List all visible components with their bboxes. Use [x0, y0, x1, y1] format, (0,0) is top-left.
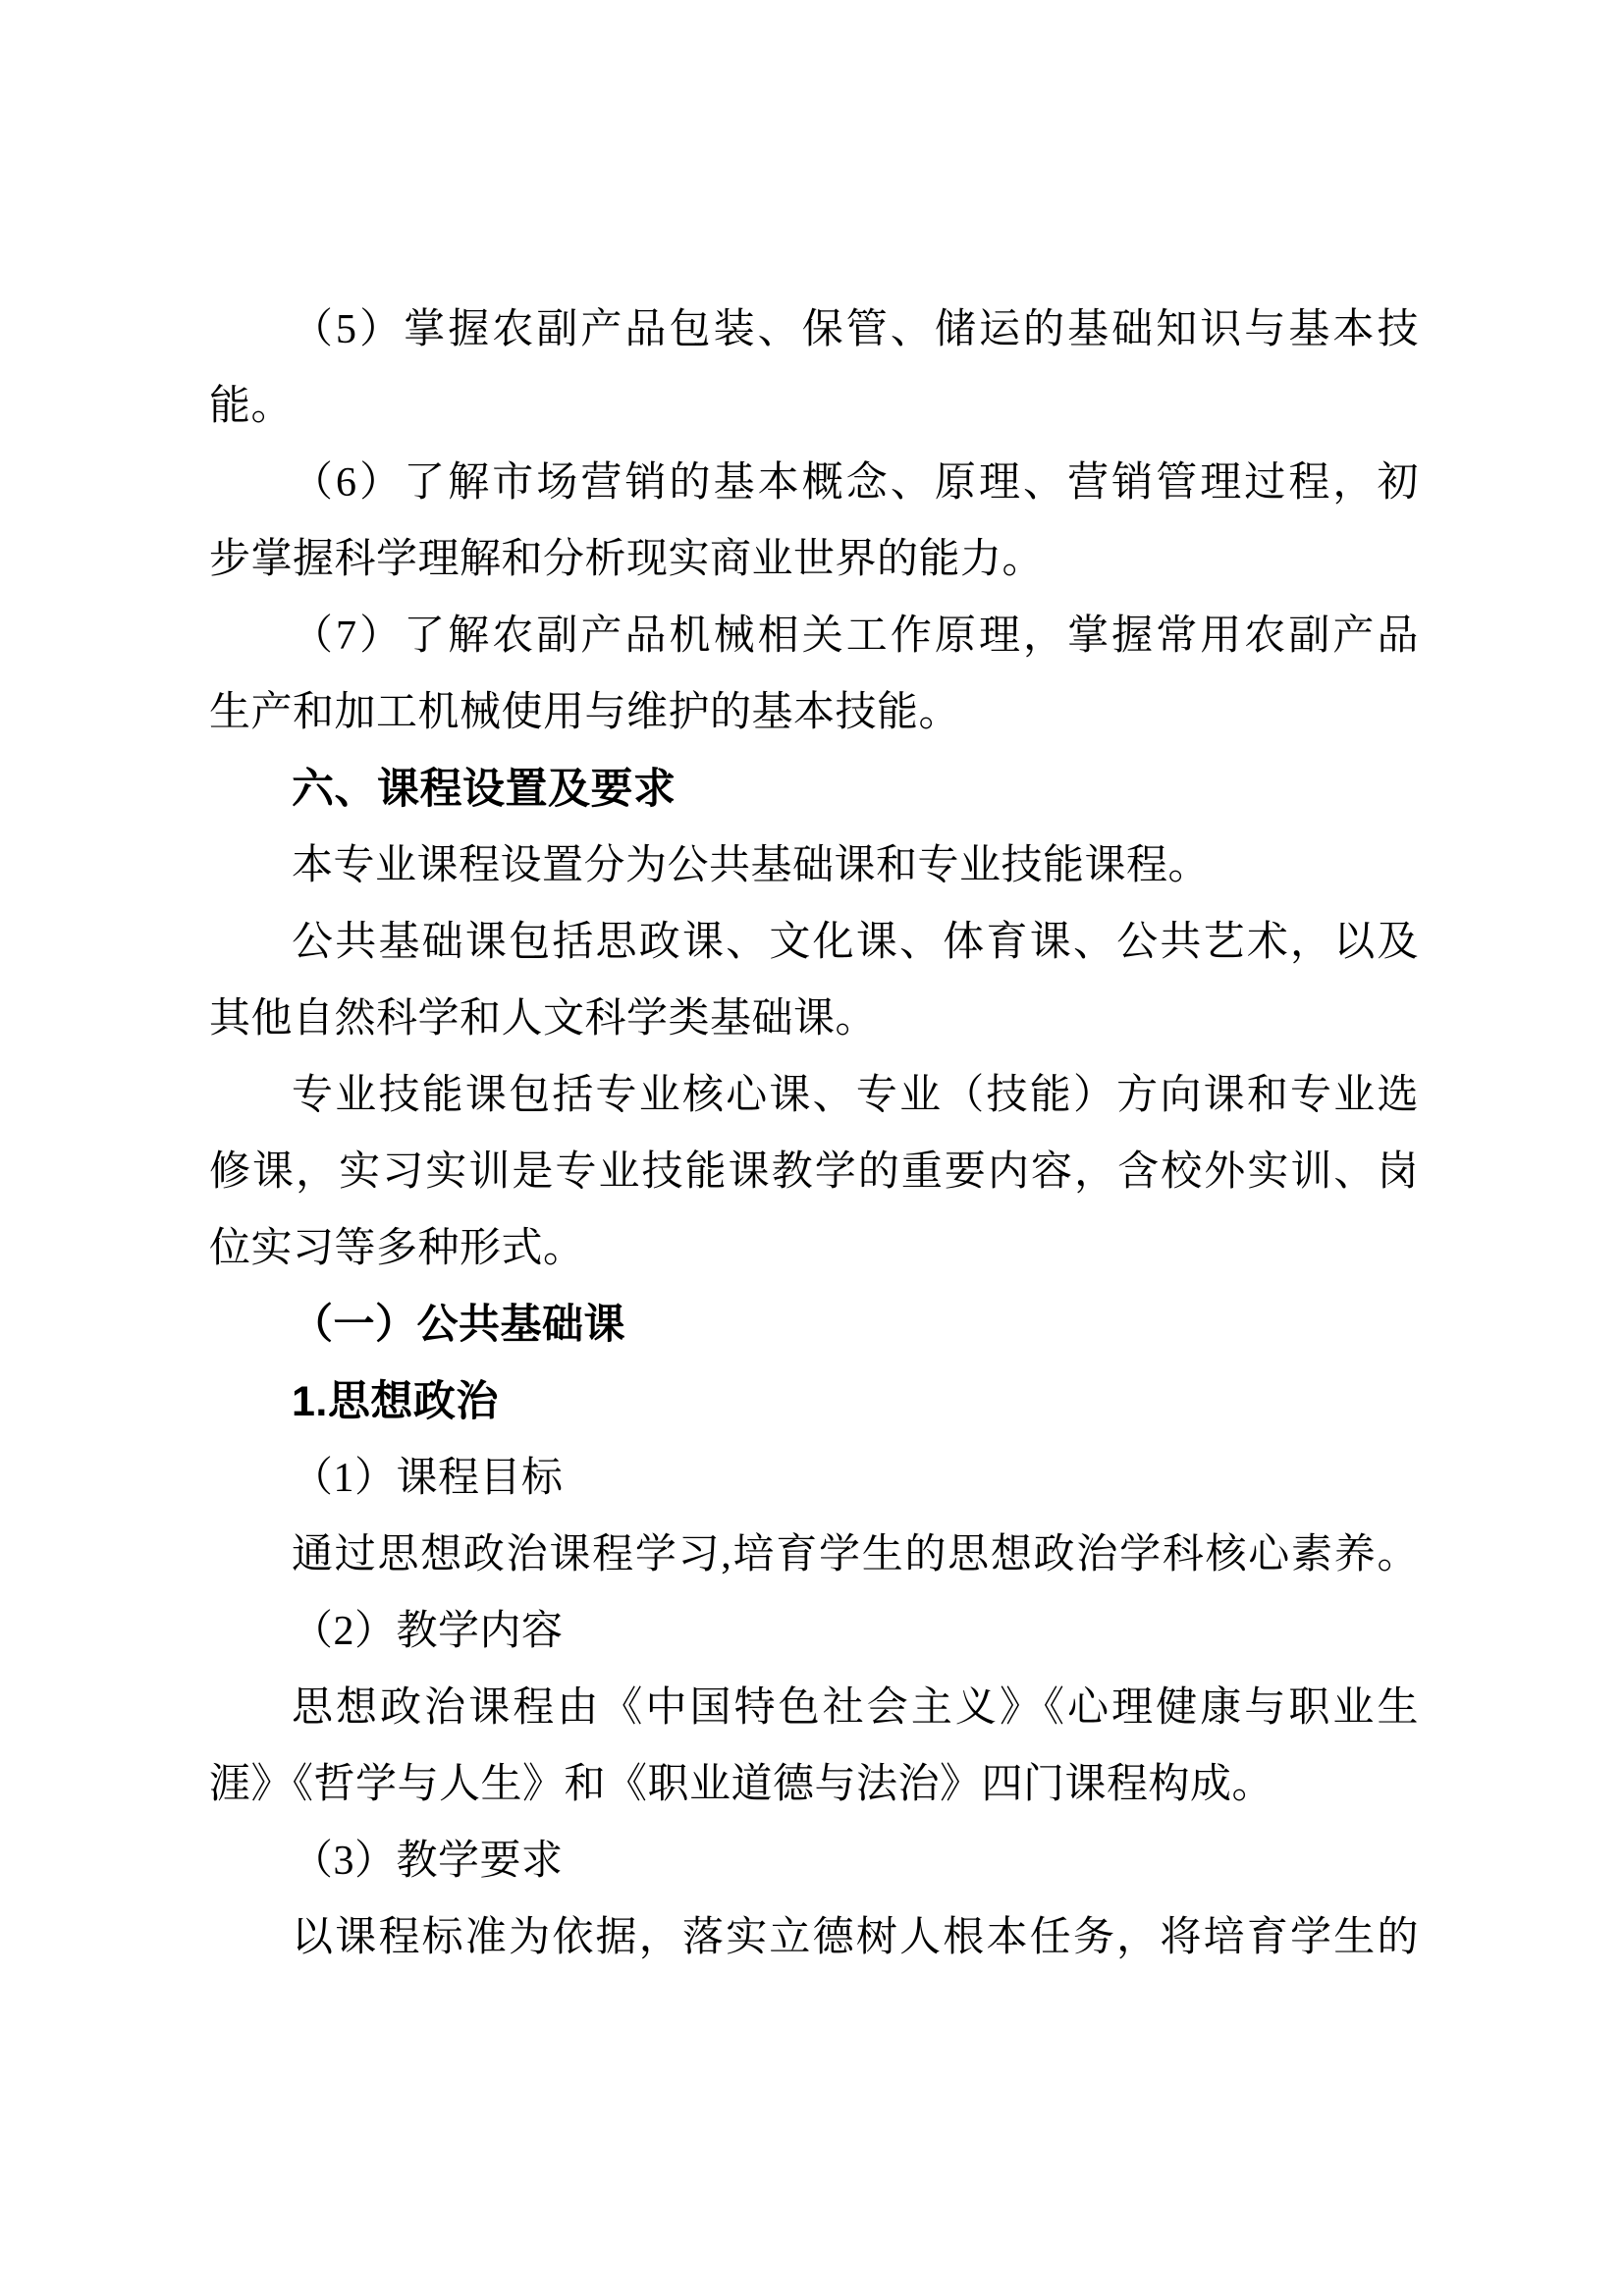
text-line: 1.思想政治 — [209, 1363, 1419, 1440]
para-teaching-content: 思想政治课程由《中国特色社会主义》《心理健康与职业生涯》《哲学与人生》和《职业道… — [209, 1670, 1419, 1823]
text-line: （一）公共基础课 — [209, 1287, 1419, 1363]
text-line: 公共基础课包括思政课、文化课、体育课、公共艺术，以及 — [209, 904, 1419, 981]
para-course-structure: 本专业课程设置分为公共基础课和专业技能课程。 — [209, 828, 1419, 904]
heading-course-ideology-politics: 1.思想政治 — [209, 1363, 1419, 1440]
text-line: 通过思想政治课程学习,培育学生的思想政治学科核心素养。 — [209, 1517, 1419, 1593]
text-line: （6）了解市场营销的基本概念、原理、营销管理过程，初 — [209, 445, 1419, 521]
text-line: 能。 — [209, 368, 1419, 445]
text-line: 涯》《哲学与人生》和《职业道德与法治》四门课程构成。 — [209, 1746, 1419, 1823]
document-text-block: （5）掌握农副产品包装、保管、储运的基础知识与基本技能。（6）了解市场营销的基本… — [209, 292, 1419, 1976]
text-line: 步掌握科学理解和分析现实商业世界的能力。 — [209, 521, 1419, 598]
text-line: （7）了解农副产品机械相关工作原理，掌握常用农副产品 — [209, 598, 1419, 674]
text-line: 位实习等多种形式。 — [209, 1210, 1419, 1287]
text-line: 修课，实习实训是专业技能课教学的重要内容，含校外实训、岗 — [209, 1134, 1419, 1210]
para-course-objective: 通过思想政治课程学习,培育学生的思想政治学科核心素养。 — [209, 1517, 1419, 1593]
para-item-5: （5）掌握农副产品包装、保管、储运的基础知识与基本技能。 — [209, 292, 1419, 445]
label-teaching-requirements: （3）教学要求 — [209, 1823, 1419, 1899]
text-line: 以课程标准为依据，落实立德树人根本任务，将培育学生的 — [209, 1899, 1419, 1976]
para-public-basic-courses: 公共基础课包括思政课、文化课、体育课、公共艺术，以及其他自然科学和人文科学类基础… — [209, 904, 1419, 1057]
heading-subsection-1: （一）公共基础课 — [209, 1287, 1419, 1363]
text-line: 六、课程设置及要求 — [209, 751, 1419, 828]
text-line: （5）掌握农副产品包装、保管、储运的基础知识与基本技 — [209, 292, 1419, 368]
para-item-7: （7）了解农副产品机械相关工作原理，掌握常用农副产品生产和加工机械使用与维护的基… — [209, 598, 1419, 751]
para-professional-skill-courses: 专业技能课包括专业核心课、专业（技能）方向课和专业选修课，实习实训是专业技能课教… — [209, 1057, 1419, 1287]
text-line: 专业技能课包括专业核心课、专业（技能）方向课和专业选 — [209, 1057, 1419, 1134]
para-teaching-requirements: 以课程标准为依据，落实立德树人根本任务，将培育学生的 — [209, 1899, 1419, 1976]
heading-section-6: 六、课程设置及要求 — [209, 751, 1419, 828]
document-page: （5）掌握农副产品包装、保管、储运的基础知识与基本技能。（6）了解市场营销的基本… — [0, 0, 1624, 2296]
label-course-objective: （1）课程目标 — [209, 1440, 1419, 1517]
text-line: 其他自然科学和人文科学类基础课。 — [209, 981, 1419, 1057]
text-line: 本专业课程设置分为公共基础课和专业技能课程。 — [209, 828, 1419, 904]
text-line: （2）教学内容 — [209, 1593, 1419, 1670]
text-line: （1）课程目标 — [209, 1440, 1419, 1517]
label-teaching-content: （2）教学内容 — [209, 1593, 1419, 1670]
para-item-6: （6）了解市场营销的基本概念、原理、营销管理过程，初步掌握科学理解和分析现实商业… — [209, 445, 1419, 598]
text-line: 生产和加工机械使用与维护的基本技能。 — [209, 674, 1419, 751]
text-line: 思想政治课程由《中国特色社会主义》《心理健康与职业生 — [209, 1670, 1419, 1746]
text-line: （3）教学要求 — [209, 1823, 1419, 1899]
